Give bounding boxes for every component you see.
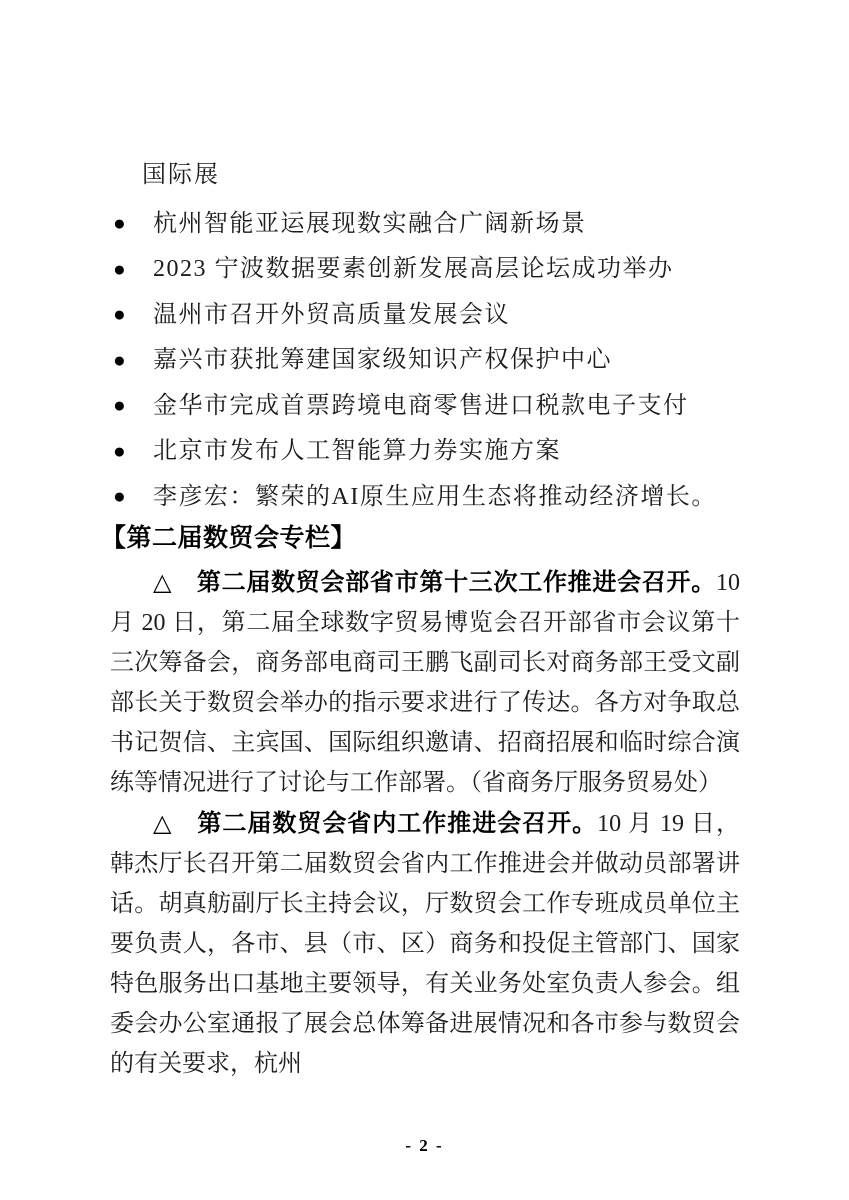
paragraph: △ 第二届数贸会部省市第十三次工作推进会召开。10 月 20 日，第二届全球数字…	[110, 563, 740, 803]
continuation-line: 国际展	[142, 163, 220, 187]
list-item: ● 2023 宁波数据要素创新发展高层论坛成功举办	[113, 247, 773, 293]
bullet-icon: ●	[113, 304, 153, 325]
list-item: ● 温州市召开外贸高质量发展会议	[113, 292, 773, 338]
list-item: ● 杭州智能亚运展现数实融合广阔新场景	[113, 201, 773, 247]
bullet-icon: ●	[113, 395, 153, 416]
bullet-icon: ●	[113, 441, 153, 462]
list-item: ● 金华市完成首票跨境电商零售进口税款电子支付	[113, 383, 773, 429]
list-item: ● 北京市发布人工智能算力券实施方案	[113, 429, 773, 475]
list-item: ● 嘉兴市获批筹建国家级知识产权保护中心	[113, 338, 773, 384]
headline-text: 嘉兴市获批筹建国家级知识产权保护中心	[153, 348, 612, 372]
document-page: 国际展 ● 杭州智能亚运展现数实融合广阔新场景 ● 2023 宁波数据要素创新发…	[0, 0, 849, 1200]
headline-text: 李彦宏：繁荣的AI原生应用生态将推动经济增长。	[153, 485, 717, 509]
paragraph-text: 10 月 19 日，韩杰厅长召开第二届数贸会省内工作推进会并做动员部署讲话。胡真…	[110, 811, 740, 1077]
section-header: 【第二届数贸会专栏】	[101, 523, 356, 553]
headline-text: 温州市召开外贸高质量发展会议	[153, 303, 510, 327]
page-number: - 2 -	[0, 1136, 849, 1156]
bullet-icon: ●	[113, 259, 153, 280]
bullet-icon: ●	[113, 350, 153, 371]
bullet-icon: ●	[113, 486, 153, 507]
headline-text: 杭州智能亚运展现数实融合广阔新场景	[153, 212, 587, 236]
paragraph-lead: △ 第二届数贸会部省市第十三次工作推进会召开。	[153, 570, 716, 596]
bullet-icon: ●	[113, 213, 153, 234]
paragraph: △ 第二届数贸会省内工作推进会召开。10 月 19 日，韩杰厅长召开第二届数贸会…	[110, 804, 740, 1084]
headline-text: 金华市完成首票跨境电商零售进口税款电子支付	[153, 394, 689, 418]
list-item: ● 李彦宏：繁荣的AI原生应用生态将推动经济增长。	[113, 474, 773, 520]
paragraph-text: 10 月 20 日，第二届全球数字贸易博览会召开部省市会议第十三次筹备会，商务部…	[110, 570, 740, 796]
headline-text: 2023 宁波数据要素创新发展高层论坛成功举办	[153, 257, 674, 281]
article-body: △ 第二届数贸会部省市第十三次工作推进会召开。10 月 20 日，第二届全球数字…	[110, 563, 740, 1084]
headline-list: ● 杭州智能亚运展现数实融合广阔新场景 ● 2023 宁波数据要素创新发展高层论…	[113, 201, 773, 520]
headline-text: 北京市发布人工智能算力券实施方案	[153, 439, 561, 463]
paragraph-lead: △ 第二届数贸会省内工作推进会召开。	[153, 811, 597, 837]
